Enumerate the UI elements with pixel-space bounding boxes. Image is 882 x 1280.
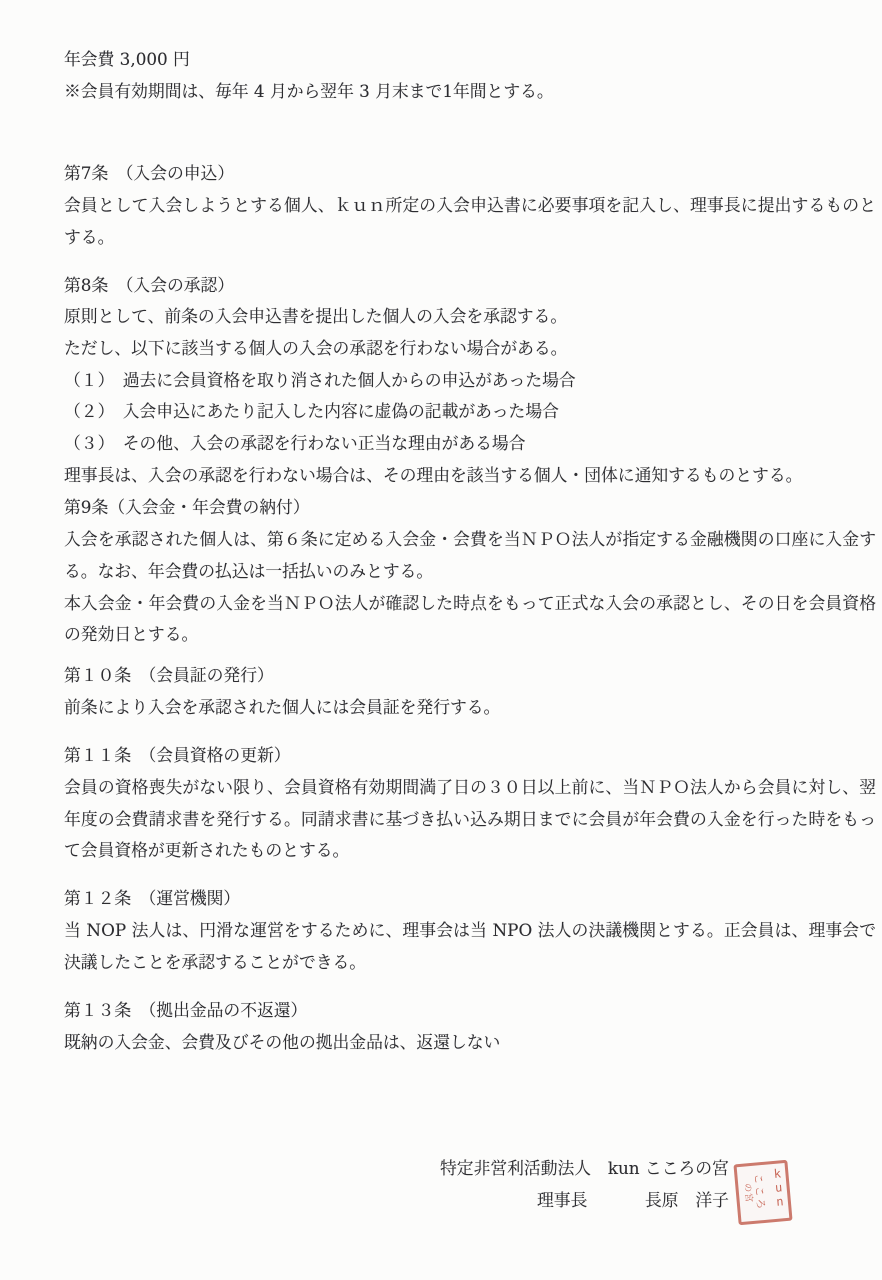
document-body: 年会費 3,000 円 ※会員有効期間は、毎年 4 月から翌年 3 月末まで1年… — [64, 44, 876, 1059]
article-12: 第１２条 （運営機関） 当 NOP 法人は、円滑な運営をするために、理事会は当 … — [64, 883, 876, 978]
article-13-paragraph: 既納の入会金、会費及びその他の拠出金品は、返還しない — [64, 1027, 876, 1059]
article-13: 第１３条 （拠出金品の不返還） 既納の入会金、会費及びその他の拠出金品は、返還し… — [64, 995, 876, 1058]
annual-fee-line: 年会費 3,000 円 — [64, 44, 876, 76]
article-12-heading: 第１２条 （運営機関） — [64, 883, 876, 915]
stamp-text-middle: こころ — [752, 1173, 766, 1211]
stamp-text-left: の宮 — [742, 1183, 753, 1204]
article-8-paragraph: 原則として、前条の入会申込書を提出した個人の入会を承認する。 — [64, 301, 876, 333]
article-10-heading: 第１０条 （会員証の発行） — [64, 660, 876, 692]
article-11-paragraph: 会員の資格喪失がない限り、会員資格有効期間満了日の３０日以上前に、当ＮＰＯ法人か… — [64, 772, 876, 867]
article-8: 第8条 （入会の承認） 原則として、前条の入会申込書を提出した個人の入会を承認す… — [64, 270, 876, 492]
signature-title: 理事長 — [537, 1185, 587, 1217]
article-10: 第１０条 （会員証の発行） 前条により入会を承認された個人には会員証を発行する。 — [64, 660, 876, 723]
article-8-heading: 第8条 （入会の承認） — [64, 270, 876, 302]
article-7-heading: 第7条 （入会の申込） — [64, 158, 876, 190]
article-8-list-item-1: （１） 過去に会員資格を取り消された個人からの申込があった場合 — [64, 365, 876, 397]
red-seal-stamp: kun こころ の宮 — [733, 1160, 792, 1225]
article-8-closing-paragraph: 理事長は、入会の承認を行わない場合は、その理由を該当する個人・団体に通知するもの… — [64, 460, 876, 492]
article-8-paragraph: ただし、以下に該当する個人の入会の承認を行わない場合がある。 — [64, 333, 876, 365]
document-page: 年会費 3,000 円 ※会員有効期間は、毎年 4 月から翌年 3 月末まで1年… — [0, 0, 882, 1280]
article-7: 第7条 （入会の申込） 会員として入会しようとする個人、ｋｕｎ所定の入会申込書に… — [64, 158, 876, 253]
article-11-heading: 第１１条 （会員資格の更新） — [64, 740, 876, 772]
article-10-paragraph: 前条により入会を承認された個人には会員証を発行する。 — [64, 692, 876, 724]
article-9-paragraph: 入会を承認された個人は、第６条に定める入会金・会費を当ＮＰＯ法人が指定する金融機… — [64, 524, 876, 587]
article-8-list-item-2: （２） 入会申込にあたり記入した内容に虚偽の記載があった場合 — [64, 396, 876, 428]
article-11: 第１１条 （会員資格の更新） 会員の資格喪失がない限り、会員資格有効期間満了日の… — [64, 740, 876, 867]
article-9-paragraph: 本入会金・年会費の入金を当ＮＰＯ法人が確認した時点をもって正式な入会の承認とし、… — [64, 588, 876, 651]
article-12-paragraph: 当 NOP 法人は、円滑な運営をするために、理事会は当 NPO 法人の決議機関と… — [64, 915, 876, 978]
article-7-paragraph: 会員として入会しようとする個人、ｋｕｎ所定の入会申込書に必要事項を記入し、理事長… — [64, 190, 876, 253]
signature-name: 長原 洋子 — [645, 1185, 729, 1217]
stamp-text-latin: kun — [771, 1166, 787, 1209]
signature-organization: 特定非営利活動法人 kun こころの宮 — [440, 1153, 729, 1185]
validity-note-line: ※会員有効期間は、毎年 4 月から翌年 3 月末まで1年間とする。 — [64, 76, 876, 108]
article-9: 第9条（入会金・年会費の納付） 入会を承認された個人は、第６条に定める入会金・会… — [64, 492, 876, 651]
article-13-heading: 第１３条 （拠出金品の不返還） — [64, 995, 876, 1027]
article-9-heading: 第9条（入会金・年会費の納付） — [64, 492, 876, 524]
article-8-list-item-3: （３） その他、入会の承認を行わない正当な理由がある場合 — [64, 428, 876, 460]
